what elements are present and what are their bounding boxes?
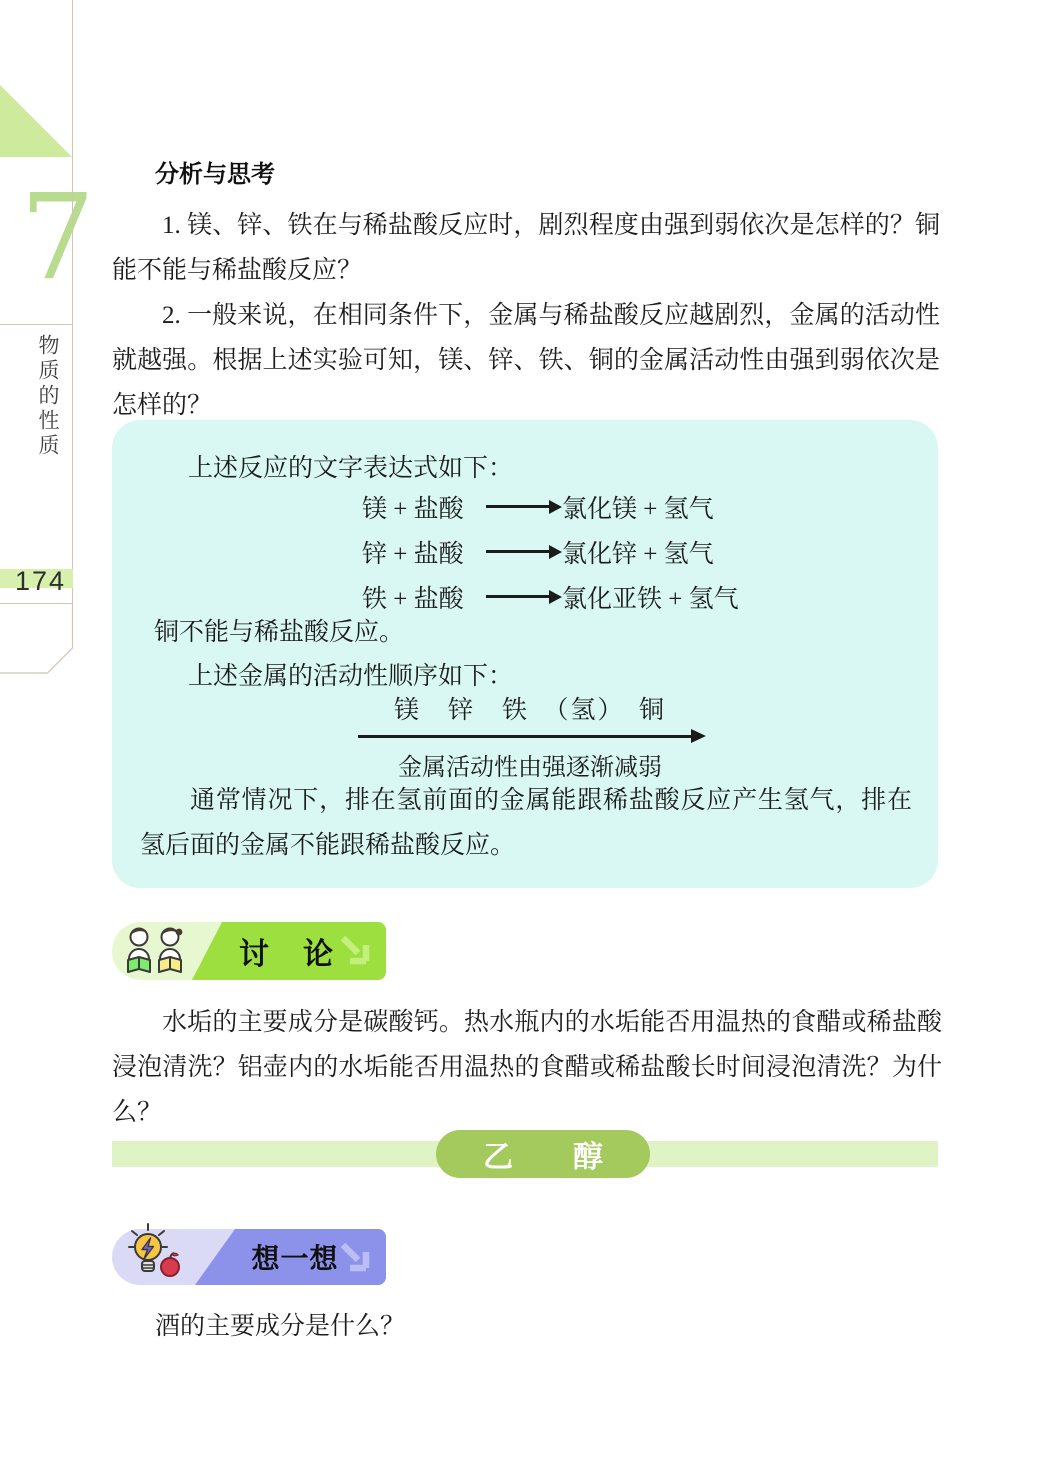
analysis-question-2: 2. 一般来说，在相同条件下，金属与稀盐酸反应越剧烈，金属的活动性就越强。根据上… xyxy=(112,293,940,428)
sidebar-triangle-decoration xyxy=(0,85,72,157)
analysis-heading: 分析与思考 xyxy=(155,154,940,189)
section-header-strip: 乙 醇 xyxy=(112,1141,938,1167)
equation-products: 氯化镁 + 氢气 xyxy=(562,489,714,525)
sidebar-rule-top xyxy=(0,324,73,325)
equation-products: 氯化锌 + 氢气 xyxy=(562,534,714,570)
chapter-title-vertical: 物质的性质 xyxy=(33,334,63,459)
activity-series-caption: 金属活动性由强逐渐减弱 xyxy=(358,747,702,782)
activity-series: 镁 锌 铁 （氢） 铜 金属活动性由强逐渐减弱 xyxy=(358,690,702,782)
sidebar-divider-line xyxy=(72,0,73,604)
reaction-arrow-icon xyxy=(486,595,550,598)
equation-row: 锌 + 盐酸 氯化锌 + 氢气 xyxy=(362,529,739,574)
arrow-down-right-icon xyxy=(336,1238,376,1278)
arrow-down-right-icon xyxy=(336,931,376,971)
analysis-question-1: 1. 镁、锌、铁在与稀盐酸反应时，剧烈程度由强到弱依次是怎样的？铜能不能与稀盐酸… xyxy=(112,203,940,293)
lightbulb-apple-icon xyxy=(126,1221,186,1283)
equation-reactants: 镁 + 盐酸 xyxy=(362,489,482,525)
equations-intro: 上述反应的文字表达式如下： xyxy=(188,448,513,484)
think-question: 酒的主要成分是什么？ xyxy=(155,1306,405,1342)
think-banner: 想一想 xyxy=(112,1229,386,1285)
discussion-text: 水垢的主要成分是碳酸钙。热水瓶内的水垢能否用温热的食醋或稀盐酸浸泡清洗？铝壶内的… xyxy=(112,1000,942,1135)
summary-conclusion: 通常情况下，排在氢前面的金属能跟稀盐酸反应产生氢气，排在氢后面的金属不能跟稀盐酸… xyxy=(140,778,912,868)
reading-children-icon xyxy=(124,925,188,979)
summary-box: 上述反应的文字表达式如下： 镁 + 盐酸 氯化镁 + 氢气 锌 + 盐酸 氯化锌… xyxy=(112,420,938,888)
reaction-arrow-icon xyxy=(486,550,550,553)
section-title: 乙 醇 xyxy=(436,1130,650,1178)
equation-reactants: 铁 + 盐酸 xyxy=(362,579,482,615)
equation-products: 氯化亚铁 + 氢气 xyxy=(562,579,739,615)
activity-arrow-icon xyxy=(358,730,702,744)
page-number: 174 xyxy=(0,566,66,597)
word-equations: 镁 + 盐酸 氯化镁 + 氢气 锌 + 盐酸 氯化锌 + 氢气 铁 + 盐酸 氯… xyxy=(362,484,739,619)
textbook-page: 7 物质的性质 174 分析与思考 1. 镁、锌、铁在与稀盐酸反应时，剧烈程度由… xyxy=(0,0,1048,1474)
discussion-banner: 讨 论 xyxy=(112,922,386,980)
equation-reactants: 锌 + 盐酸 xyxy=(362,534,482,570)
activity-series-metals: 镁 锌 铁 （氢） 铜 xyxy=(358,690,702,726)
chapter-number: 7 xyxy=(20,176,72,300)
discussion-banner-label: 讨 论 xyxy=(228,922,346,980)
reaction-arrow-icon xyxy=(486,505,550,508)
sidebar-bevel-corner xyxy=(0,604,74,680)
copper-note: 铜不能与稀盐酸反应。 xyxy=(154,612,404,648)
activity-series-intro: 上述金属的活动性顺序如下： xyxy=(188,656,513,692)
equation-row: 铁 + 盐酸 氯化亚铁 + 氢气 xyxy=(362,574,739,619)
analysis-section: 分析与思考 1. 镁、锌、铁在与稀盐酸反应时，剧烈程度由强到弱依次是怎样的？铜能… xyxy=(112,154,940,428)
equation-row: 镁 + 盐酸 氯化镁 + 氢气 xyxy=(362,484,739,529)
